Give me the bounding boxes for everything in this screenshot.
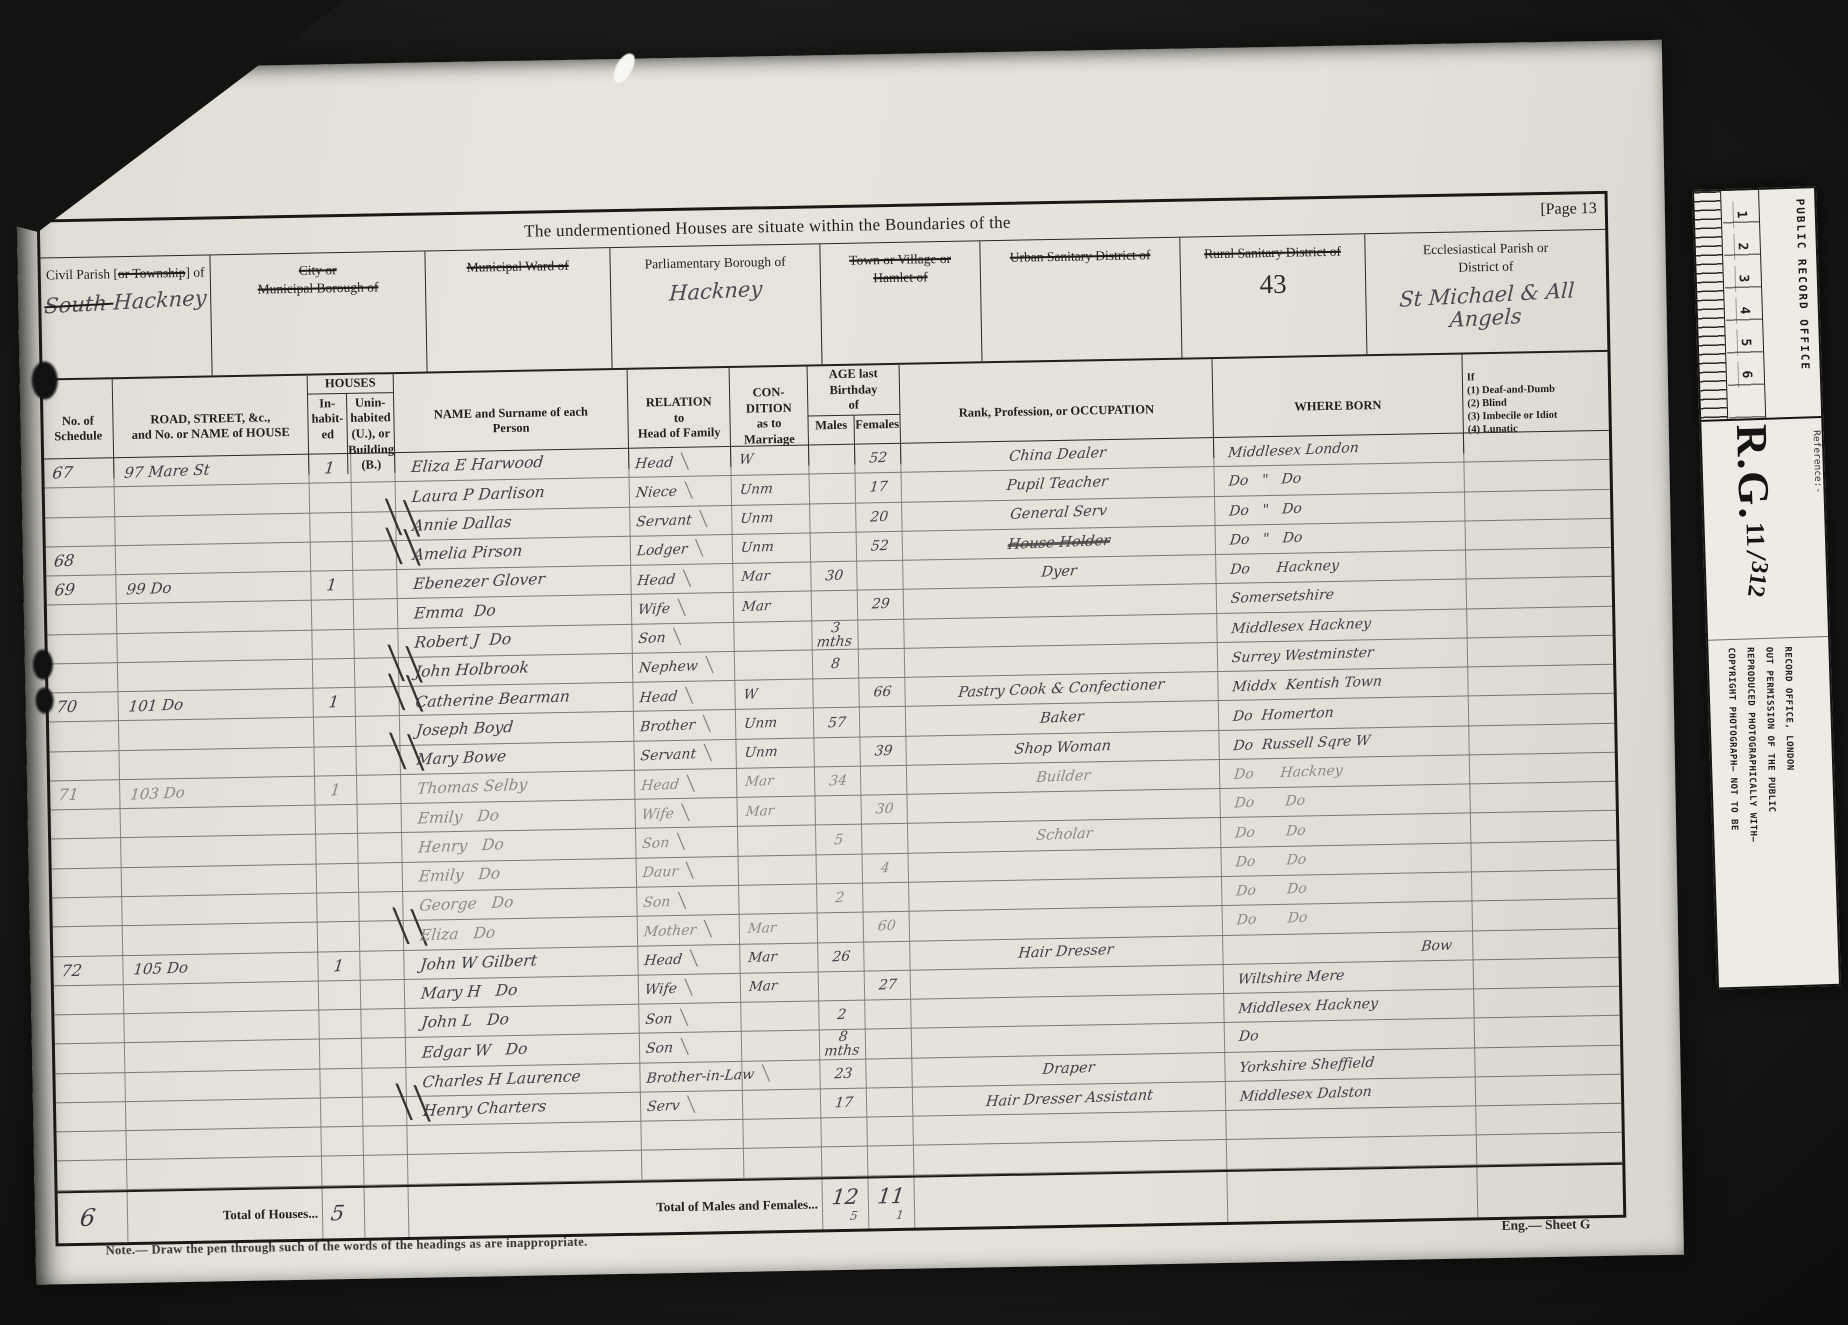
cell-cond — [742, 1060, 821, 1090]
cell-text: 1 — [330, 782, 342, 798]
cell-uninh — [359, 863, 404, 892]
ruler-number: 1 — [1732, 201, 1749, 227]
cell-rel: Brother — [634, 710, 737, 740]
cell-occ: Baker — [906, 701, 1219, 735]
field-parliamentary-borough: Parliamentary Borough ofHackney — [610, 244, 822, 368]
cell-infirm — [1472, 870, 1617, 901]
cell-inh — [317, 893, 360, 922]
cell-s — [45, 487, 116, 517]
cell-born: Do Hackney — [1220, 755, 1470, 788]
cell-f — [857, 561, 904, 590]
cell-text: 3 mths — [816, 620, 854, 649]
cell-text: Middlesex Hackney — [1238, 997, 1379, 1017]
cell-cond — [739, 884, 818, 914]
cell-s: 72 — [53, 956, 124, 986]
cell-text: Robert J Do — [414, 632, 512, 651]
cell-text: Unm — [740, 541, 774, 556]
reference-slash: / — [1738, 549, 1773, 561]
cell-f — [860, 707, 907, 736]
cell-cond — [741, 1001, 820, 1031]
cell-text: House Holder — [1007, 534, 1111, 553]
cell-uninh — [364, 1155, 409, 1184]
series-number: 11 — [1739, 522, 1770, 548]
cell-name — [408, 1151, 642, 1184]
field-ecclesiastical-parish: Ecclesiastical Parish or District ofSt M… — [1365, 230, 1607, 354]
cell-rel: Son — [639, 1003, 742, 1033]
cell-text: 1 — [333, 958, 345, 974]
total-males-value: 12 — [830, 1184, 860, 1209]
cell-text: Mother — [643, 921, 713, 939]
cell-rel: Daur — [637, 857, 740, 887]
cell-infirm — [1464, 431, 1609, 462]
cell-rel: Head — [633, 681, 736, 711]
total-females-sub: 1 — [895, 1208, 904, 1222]
field-value-rural-sanitary: 43 — [1259, 270, 1287, 300]
cell-rel: Servant — [630, 505, 733, 535]
cell-infirm — [1475, 1016, 1620, 1047]
cell-f — [862, 824, 909, 853]
cell-born: Middlesex Hackney — [1224, 989, 1474, 1022]
cell-text: 60 — [877, 919, 896, 934]
cell-m — [811, 532, 858, 561]
cell-road — [121, 835, 316, 867]
cell-cond: Mar — [737, 797, 816, 827]
cell-inh — [320, 1068, 363, 1097]
cell-text: 52 — [868, 451, 887, 466]
cell-text: Daur — [642, 863, 695, 880]
cell-text: Edgar W Do — [421, 1041, 528, 1061]
census-form-page: The undermentioned Houses are situate wi… — [14, 40, 1684, 1285]
cell-text: Do Do — [1236, 911, 1308, 928]
cell-cond — [738, 826, 817, 856]
cell-born: Middx Kentish Town — [1218, 668, 1468, 701]
cell-road — [118, 659, 313, 691]
cell-rel: Son — [636, 827, 739, 857]
cell-born: Do Hackney — [1216, 551, 1466, 584]
cell-m: 17 — [821, 1088, 868, 1117]
cell-road — [119, 747, 314, 779]
field-municipal-ward: Municipal Ward of — [425, 248, 612, 371]
cell-text: 23 — [833, 1066, 852, 1081]
cell-cond: W — [731, 445, 810, 475]
field-value-ecclesiastical-parish: St Michael & All Angels — [1398, 280, 1575, 336]
cell-uninh — [351, 453, 396, 482]
cell-text: Do Homerton — [1232, 705, 1334, 723]
cell-text: Emily Do — [418, 866, 501, 885]
cell-text: 30 — [824, 569, 843, 584]
cell-cond: Mar — [740, 914, 819, 944]
cell-m: 34 — [815, 767, 862, 796]
cell-m — [814, 737, 861, 766]
cell-road — [115, 484, 310, 516]
cell-text: 39 — [873, 744, 892, 759]
cell-name: Robert J Do — [398, 624, 632, 657]
cell-s — [57, 1160, 128, 1190]
cell-f: 4 — [863, 853, 910, 882]
cell-occ — [913, 1111, 1226, 1145]
cell-road — [117, 601, 312, 633]
cell-s — [54, 1014, 125, 1044]
cell-m: 57 — [814, 708, 861, 737]
cell-uninh — [361, 1009, 406, 1038]
cell-m: 26 — [818, 942, 865, 971]
ruler-section: 123456 PUBLIC RECORD OFFICE — [1694, 188, 1821, 422]
cell-cond: Mar — [740, 943, 819, 973]
cell-s — [55, 1043, 126, 1073]
cell-text: 1 — [326, 577, 338, 593]
cell-text: Mar — [748, 980, 778, 995]
cell-infirm — [1475, 1045, 1620, 1076]
cell-m: 2 — [819, 1001, 866, 1030]
cell-cond — [742, 1031, 821, 1061]
cell-infirm — [1467, 577, 1612, 608]
cell-inh — [322, 1156, 365, 1185]
cell-f — [867, 1117, 914, 1146]
cell-s — [56, 1102, 127, 1132]
field-label-rural-sanitary: Rural Sanitary District of — [1204, 243, 1341, 264]
cell-text: Hair Dresser — [1018, 943, 1115, 961]
cell-s — [55, 1073, 126, 1103]
cell-text: Middlesex London — [1227, 441, 1359, 460]
cell-inh — [311, 542, 354, 571]
cell-text: Lodger — [636, 541, 704, 559]
cell-occ — [904, 584, 1217, 618]
reference-value: R.G. 11 / 312 — [1701, 419, 1808, 640]
cell-s: 69 — [46, 575, 117, 605]
total-males-females-label: Total of Males and Females... — [409, 1196, 822, 1220]
cell-name: ╲╲Amelia Pirson — [397, 537, 631, 570]
total-houses-label: Total of Houses... — [128, 1205, 322, 1225]
cell-m — [809, 445, 856, 474]
sheet-label: Eng.— Sheet G — [1501, 1216, 1590, 1234]
cell-m: 8 mths — [820, 1030, 867, 1059]
cell-road — [115, 513, 310, 545]
cell-road — [119, 718, 314, 750]
cell-born: Do Do — [1221, 843, 1471, 876]
cell-occ — [910, 906, 1223, 940]
piece-number: 312 — [1740, 559, 1772, 598]
cell-text: Ebenezer Glover — [413, 572, 546, 593]
cell-infirm — [1476, 1104, 1621, 1135]
field-label-parliamentary-borough: Parliamentary Borough of — [645, 253, 786, 274]
cell-text: John Holbrook — [414, 661, 529, 681]
cell-text: Servant — [640, 746, 713, 764]
cell-text: 70 — [56, 699, 78, 716]
cell-rel: Niece — [630, 476, 733, 506]
cell-f — [861, 766, 908, 795]
ink-blot — [35, 687, 53, 713]
cell-born: Do Homerton — [1219, 697, 1469, 730]
cell-inh — [314, 746, 357, 775]
cell-born — [1227, 1136, 1477, 1169]
census-table: The undermentioned Houses are situate wi… — [37, 191, 1627, 1246]
cell-road — [126, 1128, 321, 1160]
cell-name: John L Do — [405, 1005, 639, 1038]
totals-empty-cell — [1227, 1167, 1478, 1222]
cell-text: China Dealer — [1008, 446, 1106, 464]
cell-text: Mary H Do — [420, 983, 518, 1002]
cell-text: General Serv — [1009, 504, 1107, 522]
cell-text: Annie Dallas — [412, 515, 513, 534]
cell-occ: Shop Woman — [906, 731, 1219, 765]
cell-text: Unm — [743, 717, 777, 732]
field-municipal-borough: City or Municipal Borough of — [210, 251, 427, 375]
total-females-value: 11 — [876, 1183, 906, 1208]
cell-name: ╲╲Annie Dallas — [396, 507, 630, 540]
cell-f — [864, 941, 911, 970]
field-value-part: St Michael & All Angels — [1399, 279, 1575, 333]
cell-text: 103 Do — [129, 785, 185, 802]
field-label-part: ] of — [185, 265, 204, 280]
cell-cond: Mar — [741, 972, 820, 1002]
field-label-part: City or Municipal Borough of — [258, 262, 379, 297]
ruler-number: 5 — [1736, 329, 1753, 355]
cell-text: Emma Do — [413, 603, 496, 622]
cell-s — [53, 926, 124, 956]
total-females-cell: 11 1 — [868, 1177, 915, 1228]
cell-text: 5 — [834, 832, 844, 846]
cell-f: 20 — [856, 502, 903, 531]
cell-text: Bow — [1421, 938, 1453, 953]
cell-m — [819, 971, 866, 1000]
cell-text: Scholar — [1035, 827, 1093, 844]
ruler-number: 3 — [1734, 265, 1751, 291]
cell-text: Son — [645, 1039, 690, 1056]
cell-occ — [909, 877, 1222, 911]
cell-text: 17 — [834, 1096, 853, 1111]
cell-text: Middx Kentish Town — [1232, 675, 1383, 695]
cell-uninh — [362, 1038, 407, 1067]
cell-text: Wiltshire Mere — [1237, 969, 1345, 987]
cell-born: Do Do — [1220, 785, 1470, 818]
cell-m — [817, 854, 864, 883]
cell-infirm — [1474, 987, 1619, 1018]
cell-infirm — [1477, 1133, 1622, 1164]
cell-name: Emily Do — [402, 800, 636, 833]
cell-inh — [320, 1039, 363, 1068]
cell-rel: Servant — [634, 740, 737, 770]
cell-name: Emily Do — [403, 858, 637, 891]
cell-cond — [743, 1089, 822, 1119]
cell-name: George Do — [403, 888, 637, 921]
cell-name: ╲╲Eliza Do — [404, 917, 638, 950]
cell-infirm — [1474, 958, 1619, 989]
cell-text: 68 — [53, 553, 75, 570]
cell-s — [49, 722, 120, 752]
cell-inh: 1 — [315, 776, 358, 805]
cell-s — [51, 809, 122, 839]
field-label-part: or Township — [118, 265, 186, 281]
cell-inh — [319, 1010, 362, 1039]
cell-born: Do " Do — [1215, 492, 1465, 525]
cell-infirm — [1464, 460, 1609, 491]
cell-text: Do Hackney — [1233, 764, 1343, 782]
cell-inh — [313, 659, 356, 688]
cell-s — [50, 751, 121, 781]
cell-occ: Builder — [907, 760, 1220, 794]
cell-road — [122, 894, 317, 926]
cell-born — [1226, 1106, 1476, 1139]
cell-text: Shop Woman — [1014, 739, 1112, 757]
cell-inh — [318, 922, 361, 951]
cell-text: 57 — [827, 715, 846, 730]
total-houses-value-cell: 5 — [323, 1187, 366, 1238]
cell-infirm — [1469, 723, 1614, 754]
cell-text: Eliza E Harwood — [410, 455, 544, 476]
cell-cond — [744, 1148, 823, 1178]
cell-occ: House Holder — [903, 526, 1216, 560]
cell-occ — [914, 1140, 1227, 1174]
copyright-notice: COPYRIGHT PHOTOGRAPH— NOT TO BE REPRODUC… — [1711, 638, 1837, 987]
cell-text: Do — [1238, 1030, 1259, 1045]
cell-road — [127, 1157, 322, 1189]
cell-infirm — [1466, 519, 1611, 550]
cell-text: Servant — [636, 512, 709, 530]
cell-s: 70 — [48, 692, 119, 722]
cell-name: Henry Do — [402, 829, 636, 862]
cell-born: Surrey Westminster — [1218, 638, 1468, 671]
cell-cond: Unm — [736, 738, 815, 768]
field-label-ecclesiastical-parish: Ecclesiastical Parish or District of — [1423, 239, 1549, 278]
total-males-females-label-cell: Total of Males and Females... — [409, 1179, 824, 1237]
cell-uninh — [363, 1126, 408, 1155]
cell-rel: Nephew — [633, 652, 736, 682]
cell-name: John W Gilbert — [404, 946, 638, 979]
cell-occ — [904, 614, 1217, 648]
cell-occ — [907, 789, 1220, 823]
cell-text: Dyer — [1041, 564, 1078, 580]
cell-born: Middlesex Hackney — [1217, 609, 1467, 642]
cell-infirm — [1472, 899, 1617, 930]
cell-text: 52 — [870, 539, 889, 554]
cell-text: Head — [640, 776, 695, 793]
cell-text: Henry Charters — [422, 1099, 547, 1119]
cell-text: 26 — [831, 949, 850, 964]
cell-inh: 1 — [309, 454, 352, 483]
cell-m: 2 — [817, 884, 864, 913]
cell-rel: Head — [631, 564, 734, 594]
field-value-part: South — [44, 291, 114, 319]
field-label-town-village: Town or Village or Hamlet of — [849, 250, 952, 288]
cell-m — [810, 474, 857, 503]
cell-f: 52 — [855, 444, 902, 473]
totals-empty-cell — [914, 1172, 1228, 1228]
cell-text: Amelia Pirson — [412, 544, 523, 564]
cell-f — [859, 649, 906, 678]
cell-text: Middlesex Dalston — [1239, 1085, 1372, 1104]
cell-text: Son — [638, 630, 683, 647]
cell-road: 103 Do — [120, 777, 315, 809]
field-label-part: Municipal Ward of — [466, 258, 568, 275]
cell-text: 34 — [828, 774, 847, 789]
cell-text: Do Do — [1234, 794, 1306, 811]
ink-blot — [33, 649, 54, 679]
page-number: [Page 13 — [1540, 200, 1597, 219]
cell-name: Emma Do — [398, 595, 632, 628]
cell-rel: Brother-in-Law — [640, 1061, 743, 1091]
cell-born: Bow — [1223, 931, 1473, 964]
cell-road — [125, 1040, 320, 1072]
cell-occ — [905, 643, 1218, 677]
cell-text: Mar — [741, 600, 771, 615]
cell-m: 5 — [816, 825, 863, 854]
cell-s — [52, 897, 123, 927]
cell-m — [813, 679, 860, 708]
field-urban-sanitary: Urban Sanitary District of — [980, 238, 1182, 362]
cell-cond: W — [735, 680, 814, 710]
cell-born: Do Do — [1223, 902, 1473, 935]
cell-s — [45, 517, 116, 547]
cell-text: Son — [641, 834, 686, 851]
cell-name: Edgar W Do — [406, 1034, 640, 1067]
field-value-part: Hackney — [669, 277, 763, 306]
cell-text: Son — [645, 1010, 690, 1027]
cell-infirm — [1473, 928, 1618, 959]
cell-occ — [912, 1023, 1225, 1057]
cell-name: ╲╲Mary Bowe — [400, 741, 634, 774]
cell-text: George Do — [418, 895, 514, 914]
cell-text: Emily Do — [417, 808, 500, 827]
cell-text: Unm — [740, 512, 774, 527]
cell-rel: Son — [640, 1032, 743, 1062]
field-value-civil-parish: South Hackney — [44, 287, 207, 319]
cell-born: Middlesex Dalston — [1226, 1077, 1476, 1110]
cell-inh — [310, 512, 353, 541]
cell-occ — [911, 994, 1224, 1028]
cell-text: John L Do — [421, 1013, 510, 1032]
cell-text: 30 — [875, 802, 894, 817]
cell-text: Builder — [1035, 769, 1091, 786]
cell-cond: Unm — [733, 533, 812, 563]
total-schedules-value: 6 — [56, 1203, 97, 1232]
field-label-urban-sanitary: Urban Sanitary District of — [1010, 246, 1151, 267]
cell-infirm — [1468, 665, 1613, 696]
cell-road: 99 Do — [116, 572, 311, 604]
cell-m — [810, 503, 857, 532]
cell-f — [863, 883, 910, 912]
field-label-part: Town or Village or Hamlet of — [849, 251, 951, 286]
cell-text: Head — [644, 951, 699, 968]
field-label-municipal-borough: City or Municipal Borough of — [257, 260, 378, 299]
cell-text: Wife — [644, 981, 694, 998]
cell-text: Somersetshire — [1230, 588, 1335, 606]
cell-f: 27 — [865, 971, 912, 1000]
field-label-civil-parish: Civil Parish [or Township] of — [46, 264, 205, 285]
total-schedules-cell: 6 — [58, 1192, 129, 1243]
cell-name: Joseph Boyd — [400, 712, 634, 745]
cell-text: Son — [643, 893, 688, 910]
cell-rel: Lodger — [631, 535, 734, 565]
cell-text: 29 — [871, 597, 890, 612]
cell-name: ╲╲Catherine Bearman — [399, 683, 633, 716]
cell-born: Do Do — [1221, 814, 1471, 847]
cell-s: 68 — [46, 546, 117, 576]
cell-road — [122, 864, 317, 896]
cell-uninh — [357, 775, 402, 804]
field-label-part: Ecclesiastical Parish or District of — [1423, 240, 1548, 275]
cell-s — [54, 985, 125, 1015]
cell-rel: Son — [637, 886, 740, 916]
cell-inh: 1 — [318, 951, 361, 980]
cell-rel: Head — [638, 944, 741, 974]
cell-text: Do " Do — [1229, 531, 1303, 548]
field-label-part: Parliamentary Borough of — [645, 254, 786, 272]
cell-s: 71 — [50, 780, 121, 810]
cell-text: Wife — [637, 600, 687, 617]
cell-name: Thomas Selby — [401, 771, 635, 804]
cell-rel: Wife — [639, 974, 742, 1004]
cell-text: Draper — [1042, 1061, 1096, 1078]
